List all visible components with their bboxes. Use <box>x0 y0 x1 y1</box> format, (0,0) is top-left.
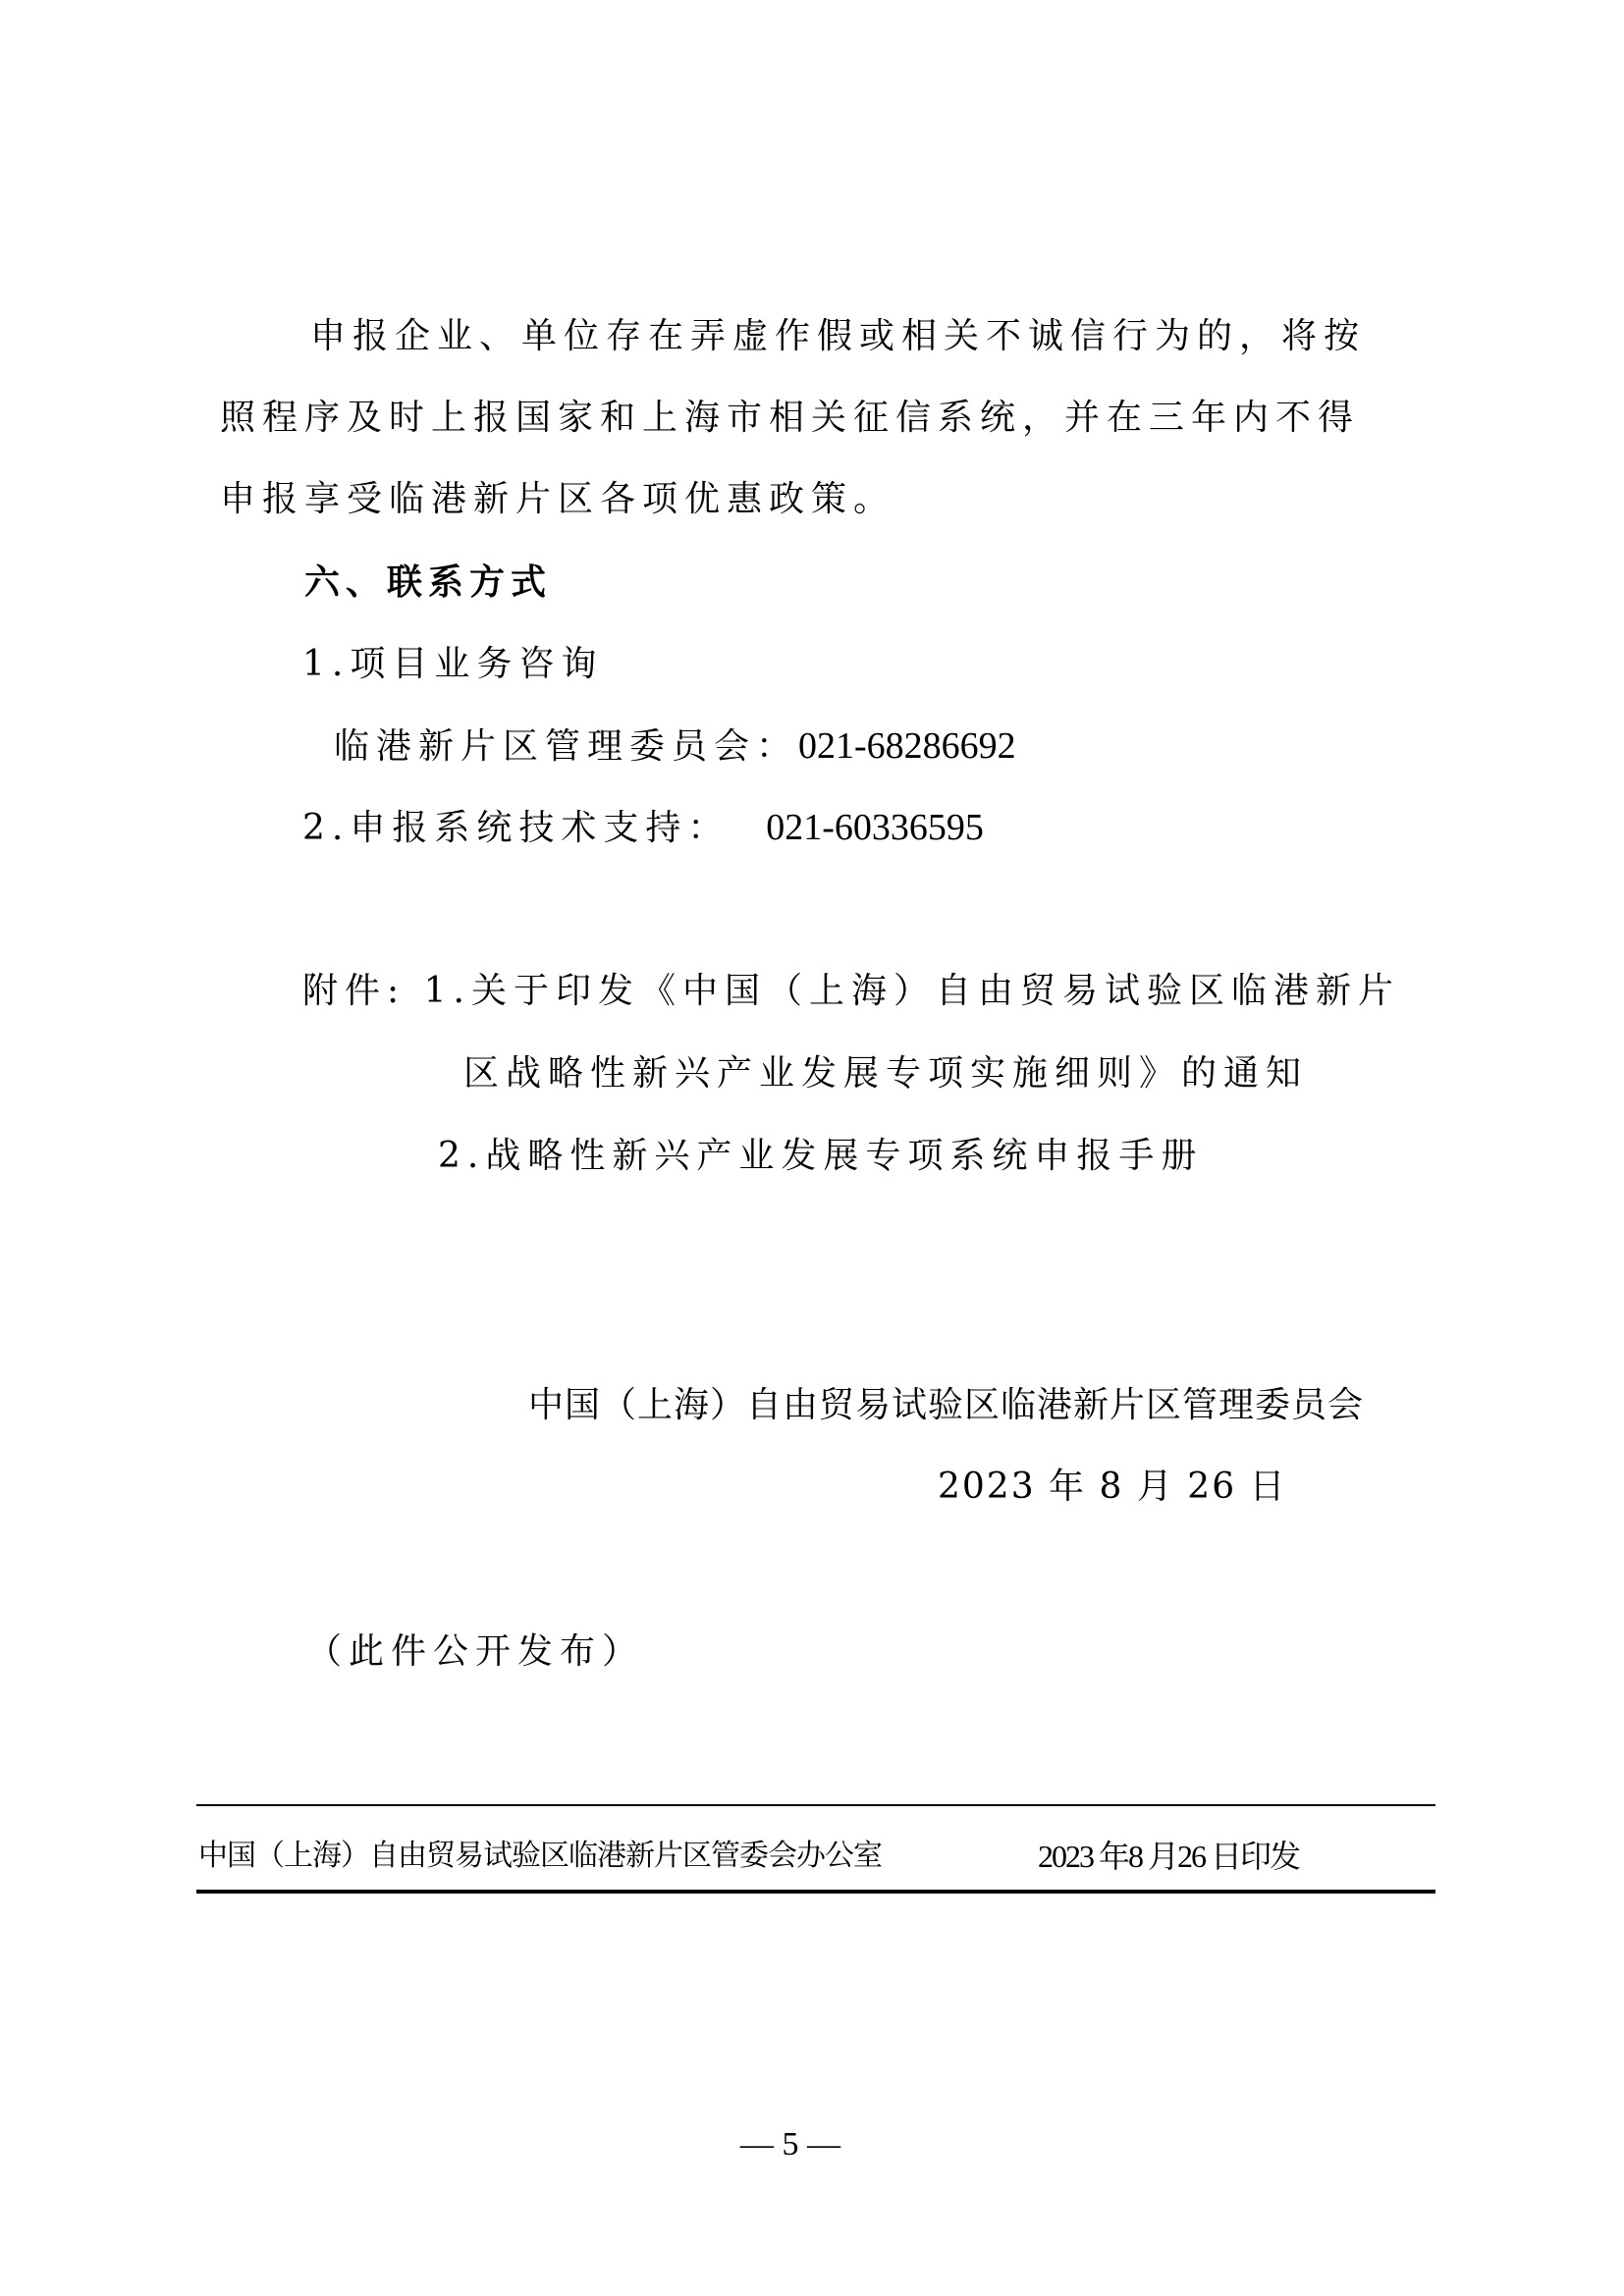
contact-item-2: 2.申报系统技术支持： 021-60336595 <box>302 806 984 849</box>
paragraph-line-2: 照程序及时上报国家和上海市相关征信系统，并在三年内不得 <box>220 397 1360 440</box>
paragraph-line-1: 申报企业、单位存在弄虚作假或相关不诚信行为的，将按 <box>310 315 1366 358</box>
footer-issue-date: 2023 年8 月26 日印发 <box>1038 1837 1299 1876</box>
footer-rule-bottom <box>196 1890 1435 1894</box>
attachment-item-1-line-2: 区战略性新兴产业发展专项实施细则》的通知 <box>463 1052 1308 1095</box>
page-number: — 5 — <box>727 2123 854 2166</box>
contact-item-1-phone: 021-68286692 <box>798 725 1016 767</box>
contact-item-2-label: 2.申报系统技术支持： <box>302 808 730 848</box>
document-page: 申报企业、单位存在弄虚作假或相关不诚信行为的，将按 照程序及时上报国家和上海市相… <box>0 0 1624 2296</box>
contact-item-1: 临港新片区管理委员会：021-68286692 <box>334 724 1016 768</box>
signature-date: 2023 年 8 月 26 日 <box>938 1466 1287 1509</box>
paragraph-line-3: 申报享受临港新片区各项优惠政策。 <box>220 478 895 521</box>
contact-item-1-org: 临港新片区管理委员会： <box>334 726 798 767</box>
publication-note: （此件公开发布） <box>306 1630 644 1674</box>
attachment-item-2: 2.战略性新兴产业发展专项系统申报手册 <box>438 1135 1203 1178</box>
attachment-prefix: 附件: <box>302 971 406 1011</box>
footer-issuer: 中国（上海）自由贸易试验区临港新片区管委会办公室 <box>198 1837 882 1876</box>
signature-organization: 中国（上海）自由贸易试验区临港新片区管理委员会 <box>528 1384 1364 1427</box>
footer-rule-top <box>196 1804 1435 1806</box>
section-heading-contact: 六、联系方式 <box>304 561 552 605</box>
attachment-line-1: 附件: 1.关于印发《中国（上海）自由贸易试验区临港新片 <box>302 970 1400 1013</box>
attachment-item-1-line-1: 1.关于印发《中国（上海）自由贸易试验区临港新片 <box>424 971 1400 1011</box>
contact-item-2-phone: 021-60336595 <box>766 807 984 848</box>
contact-item-1-label: 1.项目业务咨询 <box>302 643 603 686</box>
